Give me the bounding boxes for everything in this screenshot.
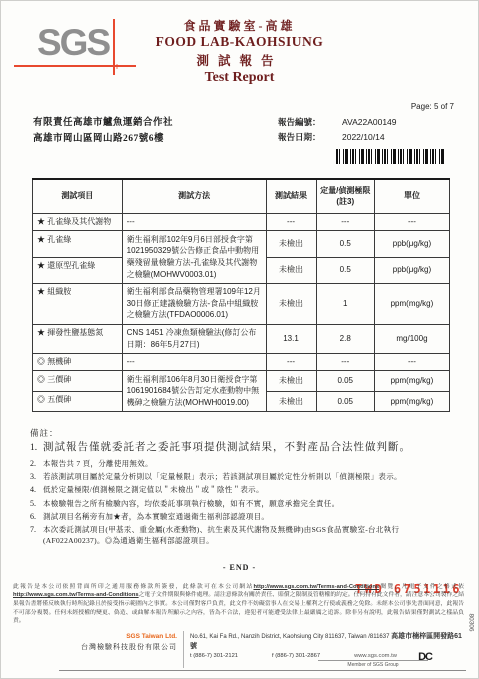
test-result: 未檢出	[266, 391, 316, 411]
registration-cross-icon: +	[114, 61, 120, 73]
report-date-value: 2022/10/14	[342, 130, 385, 145]
test-unit: ppm(mg/kg)	[374, 283, 449, 324]
company-block: SGS Taiwan Ltd. 台灣檢驗科技股份有限公司	[59, 631, 184, 668]
note-item: 6. 測試項目名稱旁有加★者，為本實驗室通過衛生福利部認證項目。	[30, 511, 454, 522]
table-row: ◎ 無機砷 --- --- --- ---	[33, 353, 450, 371]
test-unit: ppm(mg/kg)	[374, 391, 449, 411]
test-item: ★ 還原型孔雀綠	[33, 257, 123, 283]
report-date-label: 報告日期：	[278, 130, 342, 145]
company-bar: SGS Taiwan Ltd. 台灣檢驗科技股份有限公司 No.61, Kai …	[59, 631, 466, 671]
client-block: 有限責任高雄市鱸魚運銷合作社 高雄市岡山區岡山路267號6樓	[33, 115, 173, 164]
col-header-method: 測試方法	[122, 179, 266, 214]
client-info-section: 有限責任高雄市鱸魚運銷合作社 高雄市岡山區岡山路267號6樓 報告編號： AVA…	[33, 115, 450, 164]
company-name-en: SGS Taiwan Ltd.	[59, 633, 177, 640]
test-item: ◎ 三價砷	[33, 371, 123, 391]
report-number-value: AVA22A00149	[342, 115, 397, 130]
company-address-en: No.61, Kai Fa Rd., Nanzih District, Kaoh…	[190, 634, 389, 640]
company-name-zh: 台灣檢驗科技股份有限公司	[59, 642, 177, 652]
test-item: ◎ 五價砷	[33, 391, 123, 411]
page-indicator: Page: 5 of 7	[411, 102, 454, 111]
test-limit: 0.05	[316, 371, 374, 391]
sgs-logo: SGS +	[37, 25, 109, 60]
note-item: 1. 測試報告僅就委託者之委託事項提供測試結果，不對產品合法性做判斷。	[30, 441, 454, 456]
test-result: 未檢出	[266, 371, 316, 391]
test-limit: 0.5	[316, 257, 374, 283]
terms-url: http://www.sgs.com.tw/Terms-and-Conditio…	[13, 592, 139, 598]
test-result: 13.1	[266, 324, 316, 353]
test-limit: 0.05	[316, 391, 374, 411]
legal-disclaimer: 此報告是本公司依照背面所印之通用服務條款所簽發，此條款可在本公司網站http:/…	[13, 583, 464, 626]
table-row: ◎ 三價砷 衛生福利部106年8月30日衛授食字第1061901684號公告訂定…	[33, 371, 450, 391]
company-phone: t (886-7) 301-2121	[190, 653, 238, 659]
table-row: ★ 組織胺 衛生福利部食品藥物管理署109年12月30日修正建議檢驗方法-食品中…	[33, 283, 450, 324]
test-limit: 1	[316, 283, 374, 324]
end-of-report-mark: - END -	[1, 563, 478, 572]
test-method: 衛生福利部102年9月6日部授食字第1021950329號公告修正食品中動物用藥…	[122, 231, 266, 283]
terms-url: http://www.sgs.com.tw/Terms-and-Conditio…	[253, 584, 379, 590]
col-header-limit: 定量/偵測極限(註3)	[316, 179, 374, 214]
test-limit: 0.5	[316, 231, 374, 257]
test-method: ---	[122, 353, 266, 371]
company-fax: f (886-7) 301-2867	[272, 653, 320, 659]
client-address: 高雄市岡山區岡山路267號6樓	[33, 131, 173, 147]
note-item: 4. 低於定量極限/偵測極限之測定值以＂未檢出＂或＂陰性＂表示。	[30, 484, 454, 495]
company-contact: No.61, Kai Fa Rd., Nanzih District, Kaoh…	[184, 631, 466, 668]
note-item: 7. 本次委託測試項目(甲基汞、重金屬(水產動物)、抗生素及其代謝物及無機砷)由…	[30, 524, 454, 547]
test-unit: ---	[374, 353, 449, 371]
table-row: ★ 孔雀綠 衛生福利部102年9月6日部授食字第1021950329號公告修正食…	[33, 231, 450, 257]
test-method: 衛生福利部106年8月30日衛授食字第1061901684號公告訂定水產動物中無…	[122, 371, 266, 412]
notes-label: 備註：	[30, 427, 454, 439]
test-method: CNS 1451 冷凍魚類檢驗法(修訂公布日期：86年5月27日)	[122, 324, 266, 353]
sgs-logo-text: SGS	[37, 22, 109, 63]
test-report-page: SGS + 食品實驗室-高雄 FOOD LAB-KAOHSIUNG 測試報告 T…	[0, 0, 479, 679]
test-limit: ---	[316, 213, 374, 231]
report-header: SGS + 食品實驗室-高雄 FOOD LAB-KAOHSIUNG 測試報告 T…	[1, 1, 478, 107]
page-footer: 此報告是本公司依照背面所印之通用服務條款所簽發，此條款可在本公司網站http:/…	[11, 583, 466, 671]
company-website: www.sgs.com.tw	[354, 653, 397, 659]
table-header-row: 測試項目 測試方法 測試結果 定量/偵測極限(註3) 單位	[33, 179, 450, 214]
note-item: 2. 本報告共 7 頁，分離使用無效。	[30, 458, 454, 469]
notes-section: 備註： 1. 測試報告僅就委託者之委託事項提供測試結果，不對產品合法性做判斷。 …	[30, 427, 454, 546]
table-row: ★ 揮發性鹽基態氮 CNS 1451 冷凍魚類檢驗法(修訂公布日期：86年5月2…	[33, 324, 450, 353]
test-method: ---	[122, 213, 266, 231]
report-number-label: 報告編號：	[278, 115, 342, 130]
test-item: ★ 孔雀綠及其代謝物	[33, 213, 123, 231]
test-unit: ppb(μg/kg)	[374, 257, 449, 283]
test-item: ★ 組織胺	[33, 283, 123, 324]
side-serial-number: 80306	[467, 613, 474, 631]
note-item: 5. 本檢驗報告之所有檢驗內容，均依委託事項執行檢驗，如有不實，願意承擔完全責任…	[30, 498, 454, 509]
test-result: 未檢出	[266, 257, 316, 283]
test-result: ---	[266, 213, 316, 231]
test-unit: mg/100g	[374, 324, 449, 353]
report-meta-block: 報告編號： AVA22A00149 報告日期： 2022/10/14	[278, 115, 450, 164]
test-unit: ppm(mg/kg)	[374, 371, 449, 391]
col-header-unit: 單位	[374, 179, 449, 214]
test-results-table: 測試項目 測試方法 測試結果 定量/偵測極限(註3) 單位 ★ 孔雀綠及其代謝物…	[32, 178, 450, 413]
col-header-item: 測試項目	[33, 179, 123, 214]
table-row: ★ 孔雀綠及其代謝物 --- --- --- ---	[33, 213, 450, 231]
note-item: 3. 若該測試項目屬於定量分析則以「定量極限」表示；若該測試項目屬於定性分析則以…	[30, 471, 454, 482]
test-unit: ppb(μg/kg)	[374, 231, 449, 257]
report-title-en: Test Report	[1, 70, 478, 86]
test-result: 未檢出	[266, 231, 316, 257]
test-result: ---	[266, 353, 316, 371]
col-header-result: 測試結果	[266, 179, 316, 214]
test-limit: ---	[316, 353, 374, 371]
test-item: ◎ 無機砷	[33, 353, 123, 371]
sgs-group-membership: Member of SGS Group	[318, 660, 428, 668]
test-result: 未檢出	[266, 283, 316, 324]
test-unit: ---	[374, 213, 449, 231]
report-barcode	[336, 149, 444, 164]
test-method: 衛生福利部食品藥物管理署109年12月30日修正建議檢驗方法-食品中組織胺之檢驗…	[122, 283, 266, 324]
test-item: ★ 孔雀綠	[33, 231, 123, 257]
test-limit: 2.8	[316, 324, 374, 353]
test-item: ★ 揮發性鹽基態氮	[33, 324, 123, 353]
client-name: 有限責任高雄市鱸魚運銷合作社	[33, 115, 173, 131]
